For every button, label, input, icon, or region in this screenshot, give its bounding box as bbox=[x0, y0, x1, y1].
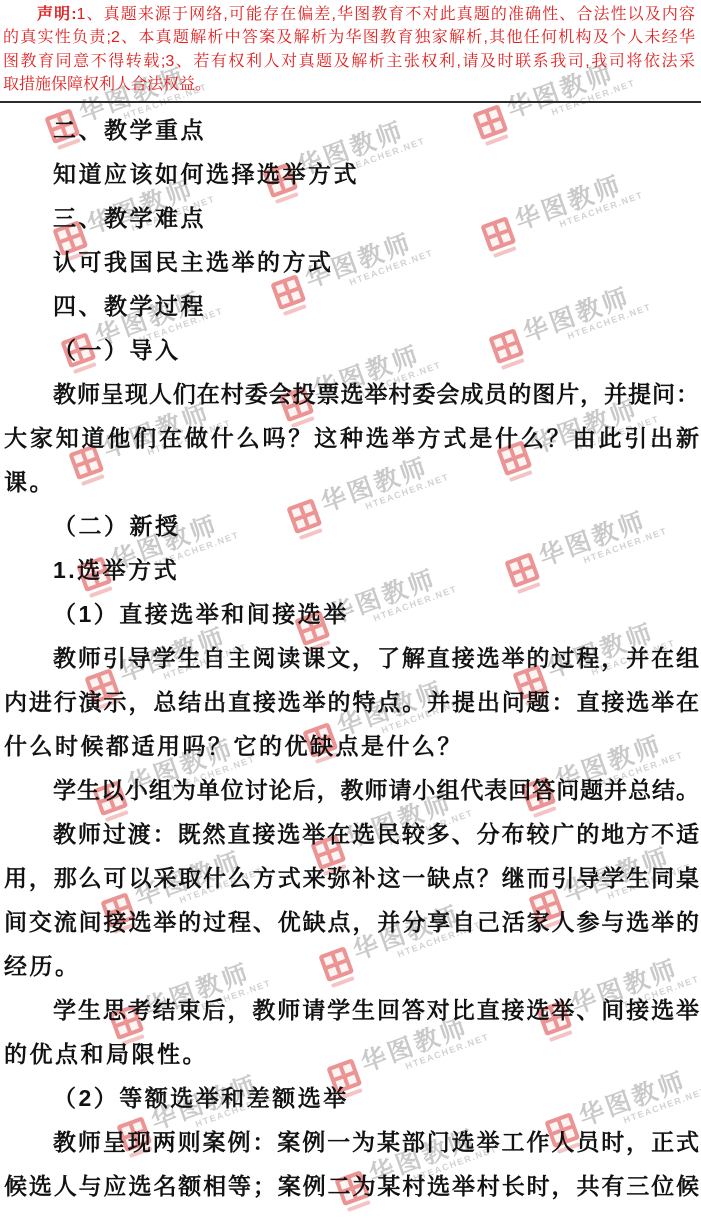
document-line-text: 大家知道他们在做什么吗？这种选举方式是什么？由此引出新 bbox=[4, 425, 699, 451]
document-line: 四、教学过程 bbox=[4, 284, 699, 328]
document-line: 用，那么可以采取什么方式来弥补这一缺点？继而引导学生同桌 bbox=[4, 856, 699, 900]
document-line: 经历。 bbox=[4, 944, 699, 988]
document-line: 大家知道他们在做什么吗？这种选举方式是什么？由此引出新 bbox=[4, 416, 699, 460]
document-line: 知道应该如何选择选举方式 bbox=[4, 152, 699, 196]
document-line-text: 候选人与应选名额相等；案例二为某村选举村长时，共有三位候 bbox=[4, 1173, 699, 1199]
document-line: 1.选举方式 bbox=[4, 548, 699, 592]
document-line: 教师呈现人们在村委会投票选举村委会成员的图片，并提问： bbox=[4, 372, 699, 416]
disclaimer-line-text: 图教育同意不得转载;3、若有权利人对真题及解析主张权利,请及时联系我司,我司将依… bbox=[3, 53, 695, 70]
document-line: 什么时候都适用吗？它的优缺点是什么？ bbox=[4, 724, 699, 768]
disclaimer-line: 取措施保障权利人合法权益。 bbox=[3, 73, 695, 96]
disclaimer-lines: 声明:1、真题来源于网络,可能存在偏差,华图教育不对此真题的准确性、合法性以及内… bbox=[3, 3, 695, 97]
document-line-text: 的优点和局限性。 bbox=[4, 1041, 208, 1067]
disclaimer-label: 声明: bbox=[37, 6, 77, 23]
document-line-text: 间交流间接选举的过程、优缺点，并分享自己活家人参与选举的 bbox=[4, 909, 699, 935]
document-line-text: 学生以小组为单位讨论后，教师请小组代表回答问题并总结。 bbox=[53, 777, 699, 803]
document-line-text: 学生思考结束后，教师请学生回答对比直接选举、间接选举 bbox=[53, 997, 699, 1023]
document-line-text: 教师呈现人们在村委会投票选举村委会成员的图片，并提问： bbox=[53, 381, 699, 407]
document-line: 学生思考结束后，教师请学生回答对比直接选举、间接选举 bbox=[4, 988, 699, 1032]
document-line-text: 知道应该如何选择选举方式 bbox=[53, 161, 359, 187]
document-page: 华图教师 HTEACHER.NET 华图教师 HTEACHER.NET 华图教师… bbox=[0, 0, 701, 1218]
document-line: 教师呈现两则案例：案例一为某部门选举工作人员时，正式 bbox=[4, 1120, 699, 1164]
document-line: 教师过渡：既然直接选举在选民较多、分布较广的地方不适 bbox=[4, 812, 699, 856]
disclaimer-line-text: 取措施保障权利人合法权益。 bbox=[3, 76, 211, 93]
document-line-text: 教师过渡：既然直接选举在选民较多、分布较广的地方不适 bbox=[53, 821, 699, 847]
document-line: 学生以小组为单位讨论后，教师请小组代表回答问题并总结。 bbox=[4, 768, 699, 812]
document-line-text: 用，那么可以采取什么方式来弥补这一缺点？继而引导学生同桌 bbox=[4, 865, 699, 891]
document-line: （一）导入 bbox=[4, 328, 699, 372]
disclaimer: 声明:1、真题来源于网络,可能存在偏差,华图教育不对此真题的准确性、合法性以及内… bbox=[0, 3, 701, 97]
document-line: 教师引导学生自主阅读课文，了解直接选举的过程，并在组 bbox=[4, 636, 699, 680]
document-line-text: （二）新授 bbox=[53, 513, 181, 539]
disclaimer-line-text: 1、真题来源于网络,可能存在偏差,华图教育不对此真题的准确性、合法性以及内容 bbox=[77, 6, 695, 23]
divider-line bbox=[0, 101, 701, 103]
disclaimer-line: 图教育同意不得转载;3、若有权利人对真题及解析主张权利,请及时联系我司,我司将依… bbox=[3, 50, 695, 73]
document-line: 二、教学重点 bbox=[4, 108, 699, 152]
document-line-text: 三、教学难点 bbox=[53, 205, 206, 231]
document-line: （2）等额选举和差额选举 bbox=[4, 1076, 699, 1120]
document-body: 二、教学重点知道应该如何选择选举方式三、教学难点认可我国民主选举的方式四、教学过… bbox=[0, 108, 701, 1208]
document-lines: 二、教学重点知道应该如何选择选举方式三、教学难点认可我国民主选举的方式四、教学过… bbox=[4, 108, 699, 1208]
document-line-text: 认可我国民主选举的方式 bbox=[53, 249, 334, 275]
disclaimer-line: 的真实性负责;2、本真题解析中答案及解析为华图教育独家解析,其他任何机构及个人未… bbox=[3, 26, 695, 49]
document-line-text: （1）直接选举和间接选举 bbox=[53, 601, 349, 627]
document-line: 课。 bbox=[4, 460, 699, 504]
document-line: 内进行演示，总结出直接选举的特点。并提出问题：直接选举在 bbox=[4, 680, 699, 724]
document-line-text: （2）等额选举和差额选举 bbox=[53, 1085, 349, 1111]
document-line: （1）直接选举和间接选举 bbox=[4, 592, 699, 636]
disclaimer-line-text: 的真实性负责;2、本真题解析中答案及解析为华图教育独家解析,其他任何机构及个人未… bbox=[3, 29, 695, 46]
document-line: 候选人与应选名额相等；案例二为某村选举村长时，共有三位候 bbox=[4, 1164, 699, 1208]
document-line-text: 经历。 bbox=[4, 953, 81, 979]
document-line-text: 内进行演示，总结出直接选举的特点。并提出问题：直接选举在 bbox=[4, 689, 699, 715]
document-line-text: 1.选举方式 bbox=[53, 557, 179, 583]
document-line-text: 教师呈现两则案例：案例一为某部门选举工作人员时，正式 bbox=[53, 1129, 699, 1155]
document-line-text: 二、教学重点 bbox=[53, 117, 206, 143]
document-line: 认可我国民主选举的方式 bbox=[4, 240, 699, 284]
document-line: 间交流间接选举的过程、优缺点，并分享自己活家人参与选举的 bbox=[4, 900, 699, 944]
document-line: 三、教学难点 bbox=[4, 196, 699, 240]
document-line-text: 四、教学过程 bbox=[53, 293, 206, 319]
document-line: （二）新授 bbox=[4, 504, 699, 548]
document-line: 的优点和局限性。 bbox=[4, 1032, 699, 1076]
document-line-text: （一）导入 bbox=[53, 337, 181, 363]
document-line-text: 教师引导学生自主阅读课文，了解直接选举的过程，并在组 bbox=[53, 645, 699, 671]
document-line-text: 什么时候都适用吗？它的优缺点是什么？ bbox=[4, 733, 463, 759]
disclaimer-line: 声明:1、真题来源于网络,可能存在偏差,华图教育不对此真题的准确性、合法性以及内… bbox=[3, 3, 695, 26]
document-line-text: 课。 bbox=[4, 469, 55, 495]
